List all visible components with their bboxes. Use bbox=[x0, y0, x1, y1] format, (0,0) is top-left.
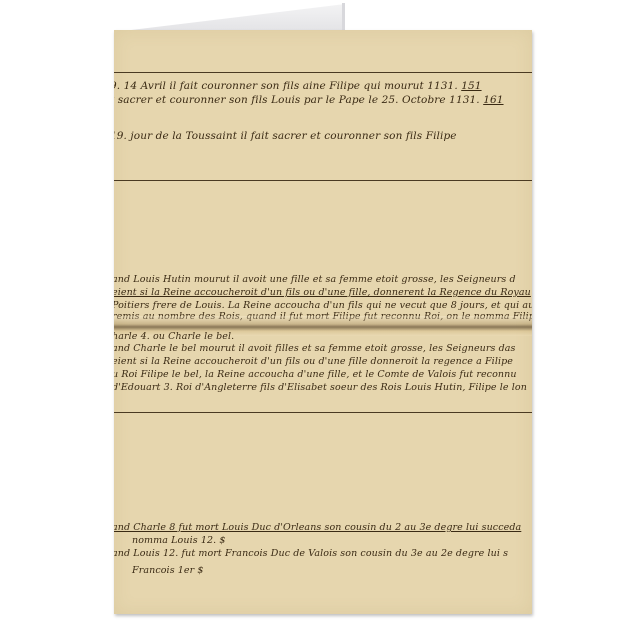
section3-line1: and Charle 8 fut mort Louis Duc d'Orlean… bbox=[114, 522, 521, 533]
section2-line3: Poitiers frere de Louis. La Reine accouc… bbox=[114, 300, 532, 311]
section1-line2: t sacrer et couronner son fils Louis par… bbox=[114, 94, 504, 106]
section3-line4: Francois 1er $ bbox=[132, 565, 204, 576]
section2-line1: and Louis Hutin mourut il avoit une fill… bbox=[114, 274, 516, 285]
greeting-card-manuscript: 9. 14 Avril il fait couronner son fils a… bbox=[114, 30, 532, 614]
section2-line7: eient si la Reine accoucheroit d'un fils… bbox=[114, 356, 513, 367]
rule-line-top bbox=[114, 72, 532, 73]
section2-line9: d'Edouart 3. Roi d'Angleterre fils d'Eli… bbox=[114, 382, 527, 393]
section3-line3: and Louis 12. fut mort Francois Duc de V… bbox=[114, 548, 508, 559]
section2-line6: and Charle le bel mourut il avoit filles… bbox=[114, 343, 516, 354]
section2-line2: eient si la Reine accoucheroit d'un fils… bbox=[114, 287, 531, 298]
card-back-flap-edge bbox=[342, 3, 345, 31]
section3-line2: nomma Louis 12. $ bbox=[132, 535, 226, 546]
rule-line-lower bbox=[114, 412, 532, 413]
section2-line5: harle 4. ou Charle le bel. bbox=[114, 331, 234, 342]
section2-line8: u Roi Filipe le bel, la Reine accoucha d… bbox=[114, 369, 517, 380]
section1-line1: 9. 14 Avril il fait couronner son fils a… bbox=[114, 80, 482, 92]
rule-line-middle bbox=[114, 180, 532, 181]
section1-line3: 19. jour de la Toussaint il fait sacrer … bbox=[114, 130, 457, 142]
card-back-flap bbox=[115, 4, 345, 32]
